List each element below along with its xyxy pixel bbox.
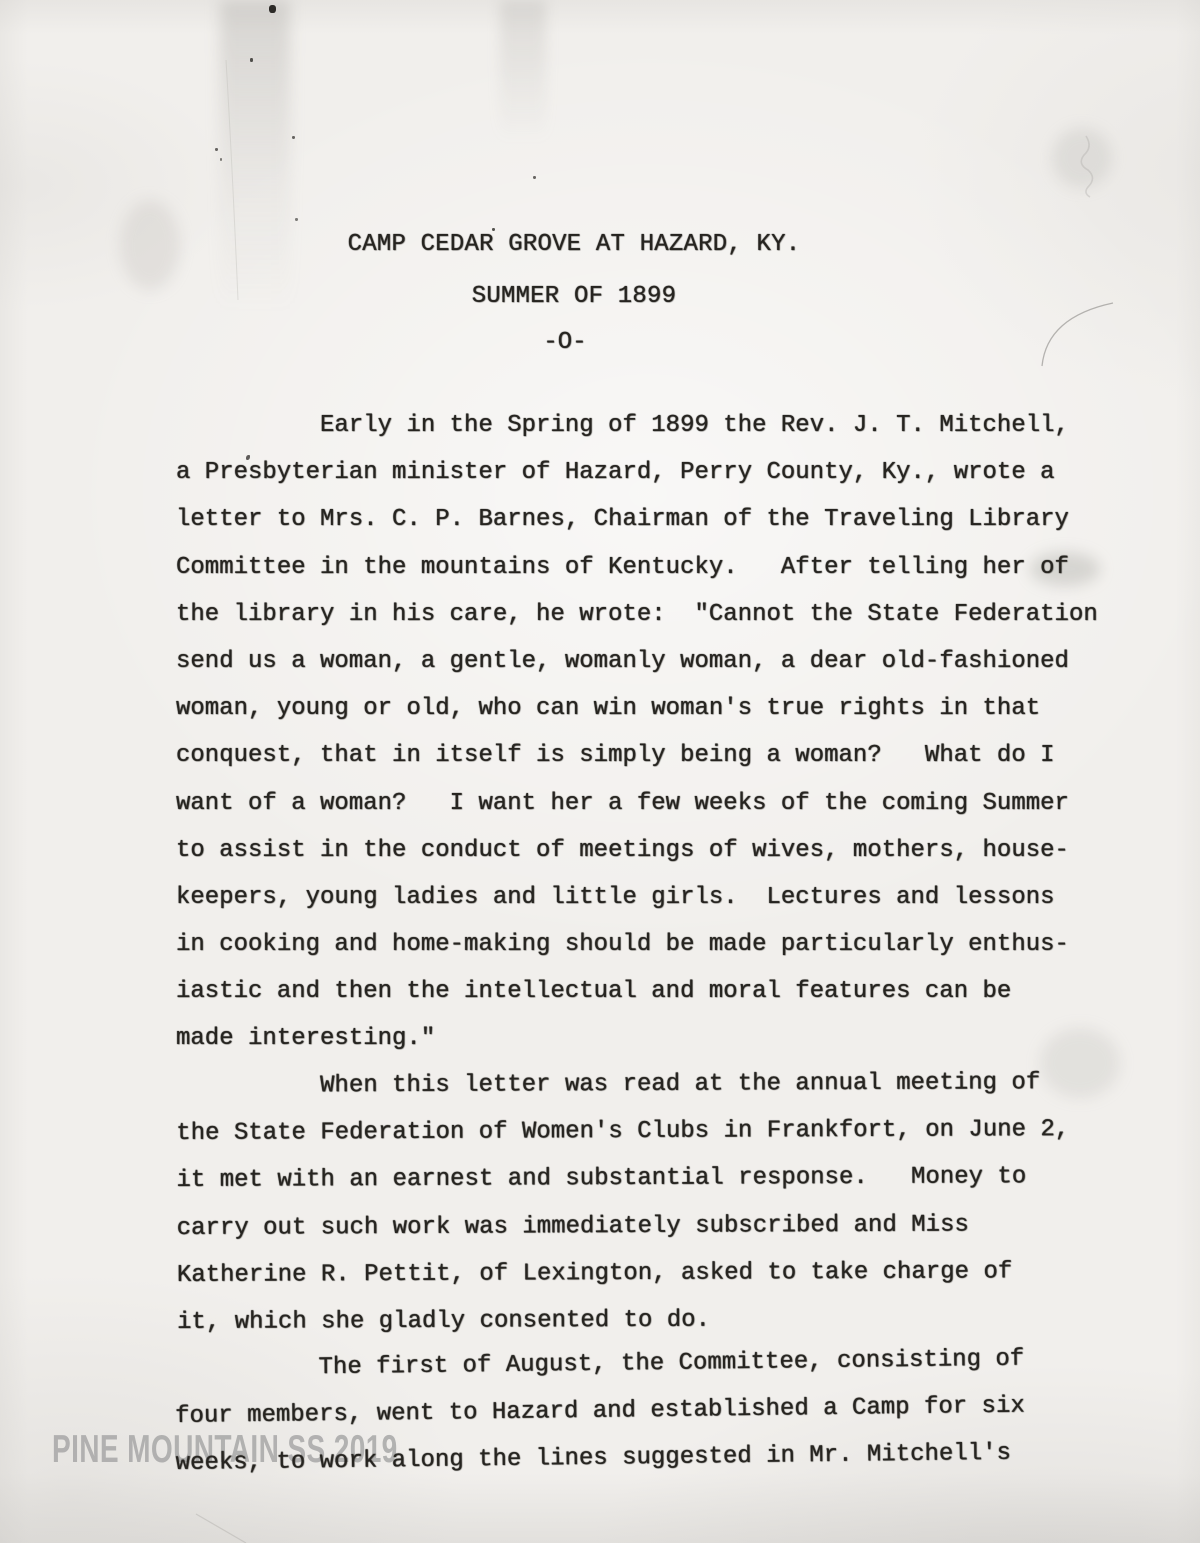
paragraph: When this letter was read at the annual … — [176, 1058, 1137, 1345]
text-line: When this letter was read at the annual … — [176, 1058, 1136, 1109]
document-title: CAMP CEDAR GROVE AT HAZARD, KY. — [0, 231, 1148, 258]
text-line: want of a woman? I want her a few weeks … — [176, 780, 1136, 827]
text-line: the library in his care, he wrote: "Cann… — [176, 591, 1136, 638]
text-line: conquest, that in itself is simply being… — [176, 732, 1136, 779]
smudge-artifact — [1052, 128, 1112, 188]
text-line: to assist in the conduct of meetings of … — [176, 827, 1136, 874]
text-line: it met with an earnest and substantial r… — [176, 1153, 1136, 1204]
text-line: Committee in the mountains of Kentucky. … — [176, 544, 1136, 591]
text-line: the State Federation of Women's Clubs in… — [176, 1106, 1136, 1157]
text-line: in cooking and home-making should be mad… — [176, 921, 1136, 968]
text-line: woman, young or old, who can win woman's… — [176, 685, 1136, 732]
text-line: keepers, young ladies and little girls. … — [176, 874, 1136, 921]
text-line: Early in the Spring of 1899 the Rev. J. … — [176, 402, 1136, 449]
text-line: iastic and then the intellectual and mor… — [176, 968, 1136, 1015]
ink-speck-artifact — [220, 158, 222, 161]
ink-speck-artifact — [215, 148, 218, 151]
text-line: Katherine R. Pettit, of Lexington, asked… — [177, 1247, 1137, 1298]
section-divider: -O- — [0, 329, 1130, 356]
scanned-document-page: PINE MOUNTAIN SS 2019 CAMP CEDAR GROVE A… — [0, 0, 1200, 1543]
ink-speck-artifact — [533, 176, 536, 179]
text-line: send us a woman, a gentle, womanly woman… — [176, 638, 1136, 685]
document-body: Early in the Spring of 1899 the Rev. J. … — [176, 402, 1136, 1487]
tape-streak-artifact — [220, 0, 290, 310]
text-line: carry out such work was immediately subs… — [177, 1200, 1137, 1251]
ink-speck-artifact — [269, 5, 276, 13]
ink-speck-artifact — [292, 136, 295, 139]
text-line: made interesting." — [176, 1015, 1136, 1062]
text-line: letter to Mrs. C. P. Barnes, Chairman of… — [176, 496, 1136, 543]
paragraph: Early in the Spring of 1899 the Rev. J. … — [176, 402, 1136, 1063]
text-line: a Presbyterian minister of Hazard, Perry… — [176, 449, 1136, 496]
ink-speck-artifact — [295, 218, 298, 221]
tape-streak-artifact — [500, 0, 546, 140]
corner-crease — [196, 1514, 246, 1543]
paragraph: The first of August, the Committee, cons… — [174, 1334, 1136, 1487]
ink-speck-artifact — [250, 58, 253, 62]
document-subtitle: SUMMER OF 1899 — [0, 283, 1148, 310]
